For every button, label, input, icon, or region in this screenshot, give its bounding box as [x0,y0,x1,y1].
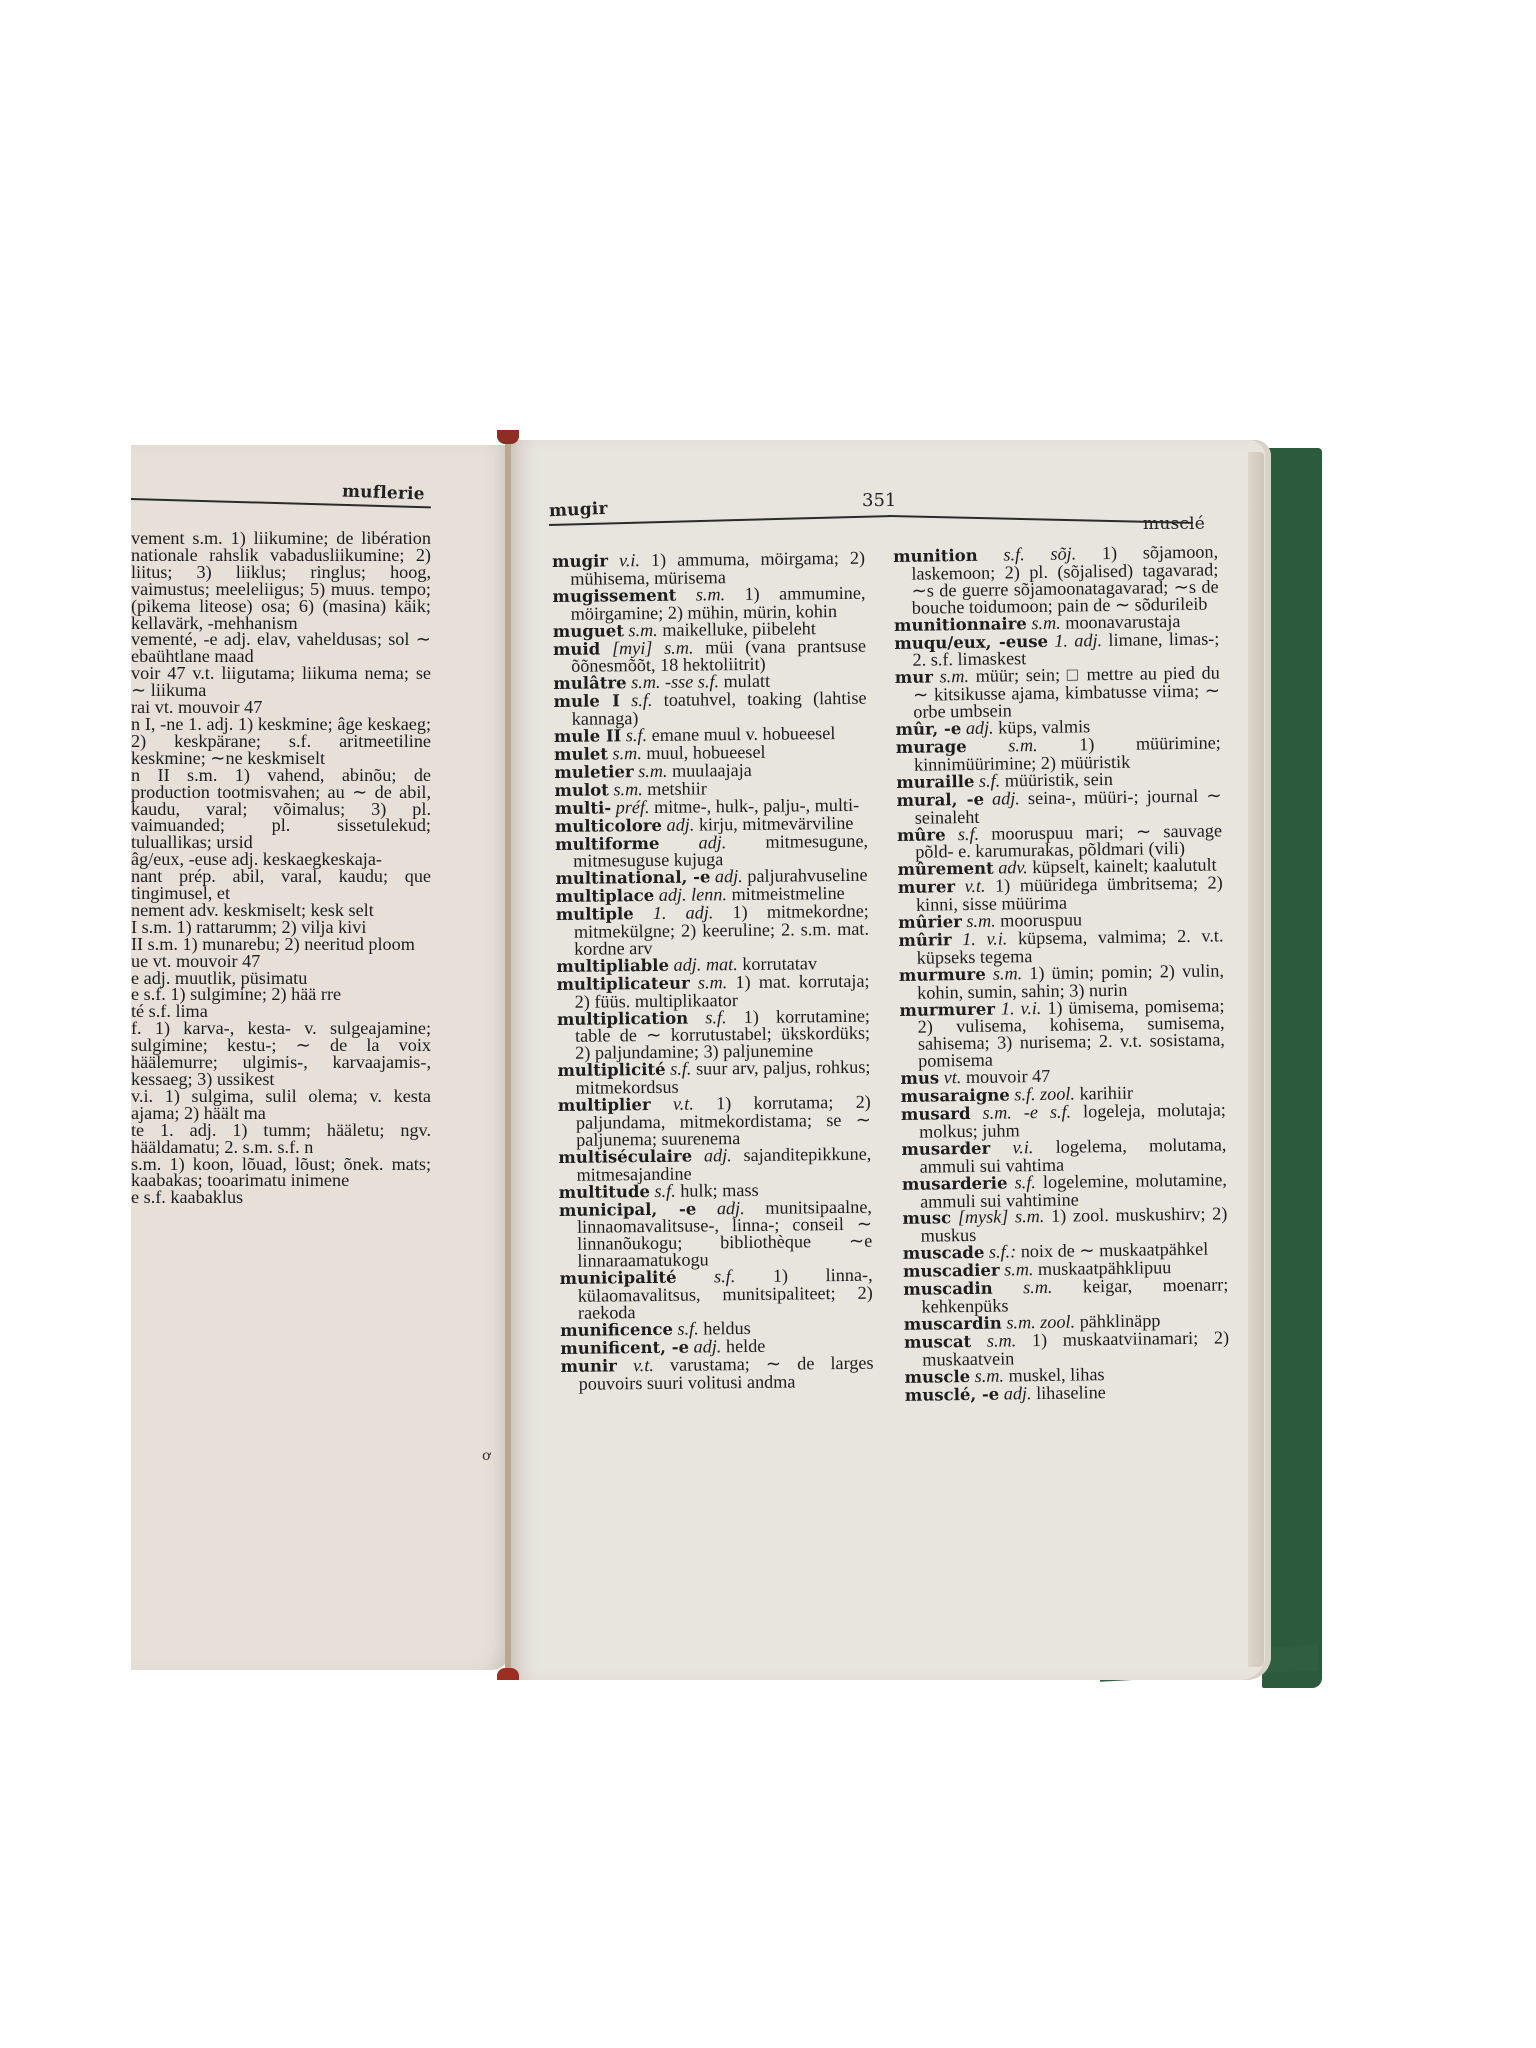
definition: 1) müüridega ümbritsema; 2) kinni, sisse… [916,873,1223,915]
headword: muscle [904,1367,970,1387]
green-book-cover [1262,448,1322,1688]
dictionary-entry-partial: e s.f. kaabaklus [131,1189,431,1206]
headword: mulot [554,780,609,800]
dictionary-entry-partial: v.i. 1) sulgima, sulil olema; v. kesta a… [131,1088,431,1122]
dictionary-entry-partial: f. 1) karva-, kesta- v. sulgeajamine; su… [131,1020,431,1088]
open-dictionary-book: muflerie mugir 351 musclé vement s.m. 1)… [0,0,1536,2048]
page-edges [1248,452,1264,1667]
dictionary-entry: muscat s.m. 1) muskaatviinamari; 2) musk… [904,1329,1229,1368]
dictionary-entry-partial: n I, -ne 1. adj. 1) keskmine; âge keskae… [131,716,431,767]
grammar-label: adj. [666,814,694,834]
dictionary-entry: murage s.m. 1) müürimine; kinnimüürimine… [896,734,1221,773]
headband-bottom [497,1668,519,1680]
grammar-label: 1. adj. [1054,630,1102,651]
headword: multitude [559,1182,650,1202]
book-gutter [505,437,511,1672]
dictionary-entry: mur s.m. müür; sein; □ mettre au pied du… [895,665,1221,721]
right-running-head-right: musclé [1143,514,1205,534]
dictionary-entry-partial: n II s.m. 1) vahend, abinõu; de producti… [131,767,431,852]
grammar-label: préf. [616,797,650,817]
dictionary-entry: municipalité s.f. 1) linna-, külaomavali… [560,1267,874,1322]
dictionary-entry-partial: te 1. adj. 1) tumm; hääletu; ngv. häälda… [131,1122,431,1156]
grammar-label: s.m. [1023,1277,1053,1297]
right-running-head-left: mugir [549,499,608,522]
grammar-label: s.f. [654,1180,675,1200]
dictionary-entry: muscadin s.m. keigar, moenarr; kehkenpük… [903,1276,1228,1315]
right-page-column-2: munition s.f. sõj. 1) sõjamoon, laskemoo… [893,543,1230,1404]
dictionary-entry: municipal, -e adj. munitsipaalne, linnao… [559,1198,873,1270]
dictionary-entry: multiplication s.f. 1) korrutamine; tabl… [557,1007,871,1062]
dictionary-entry-partial: s.m. 1) koon, lõuad, lõust; õnek. mats; … [131,1156,431,1190]
dictionary-entry: mugissement s.m. 1) ammumine, möirgamine… [552,585,865,623]
dictionary-entry: murer v.t. 1) müüridega ümbritsema; 2) k… [898,875,1223,914]
dictionary-entry-partial: vement s.m. 1) liikumine; de libération … [131,530,431,631]
dictionary-entry: multiple 1. adj. 1) mitmekordne; mitmekü… [556,903,870,958]
dictionary-entry-partial: vementé, -e adj. elav, vaheldusas; sol ∼… [131,631,431,665]
grammar-label: adj. [704,1145,732,1165]
left-running-head: muflerie [342,482,425,505]
page-number: 351 [862,490,896,511]
dictionary-entry: munir v.t. varustama; ∼ de larges pouvoi… [560,1354,873,1392]
headword: mulet [554,744,608,764]
headword: mûr, -e [895,719,961,739]
dictionary-entry-partial: voir 47 v.t. liigutama; liikuma nema; se… [131,665,431,699]
right-page-column-1: mugir v.i. 1) ammuma, möirgama; 2) mühis… [552,550,874,1393]
headband-top [497,430,519,444]
grammar-label: adj. [992,788,1020,808]
grammar-label: s.m. [975,1365,1005,1385]
dictionary-entry-partial: nant prép. abil, varal, kaudu; que tingi… [131,868,431,902]
headword: musclé, -e [905,1384,1000,1404]
grammar-label: vt. [944,1067,962,1087]
dictionary-entry: murmurer 1. v.i. 1) ümisema, pomisema; 2… [899,997,1225,1070]
definition: varustama; ∼ de larges pouvoirs suuri vo… [579,1352,874,1393]
left-page-column: vement s.m. 1) liikumine; de libération … [131,530,431,1206]
grammar-label: adj. [1004,1383,1032,1403]
headword: multi- [555,798,612,818]
dictionary-entry: munition s.f. sõj. 1) sõjamoon, laskemoo… [893,543,1219,616]
pencil-mark: ơ [482,1448,490,1464]
headword: mus [900,1069,939,1089]
dictionary-entry: multiséculaire adj. sajanditepikkune, mi… [558,1146,871,1184]
dictionary-entry: muid [myi] s.m. müi (vana prantsuse õõne… [553,637,866,675]
dictionary-entry: multiplier v.t. 1) korrutama; 2) paljund… [558,1094,872,1149]
definition: lihaseline [1036,1382,1106,1403]
